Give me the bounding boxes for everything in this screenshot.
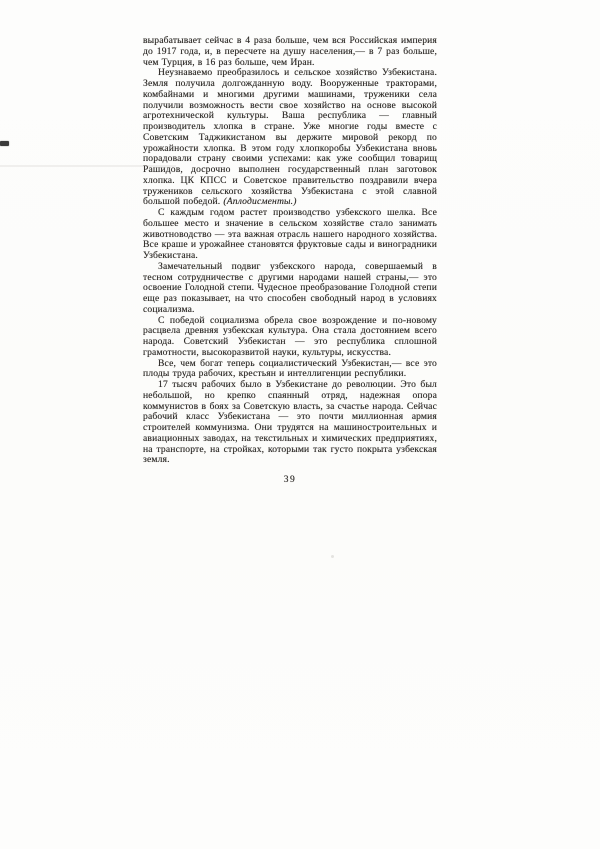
paragraph-text: Неузнаваемо преобразилось и сельское хоз… xyxy=(143,67,437,207)
scan-speck xyxy=(331,555,334,558)
page-text-block: вырабатывает сейчас в 4 раза больше, чем… xyxy=(143,36,437,486)
paragraph-hungry-steppe: Замечательный подвиг узбекского народа, … xyxy=(143,262,437,316)
book-page-scan: вырабатывает сейчас в 4 раза больше, чем… xyxy=(0,0,600,849)
paragraph-culture: С победой социализма обрела свое возрожд… xyxy=(143,316,437,359)
paragraph-silk-livestock: С каждым годом растет производство узбек… xyxy=(143,208,437,262)
paragraph-workers: 17 тысяч рабочих было в Узбекистане до р… xyxy=(143,380,437,466)
paragraph-labor: Все, чем богат теперь социалистический У… xyxy=(143,359,437,381)
applause-note: (Аплодисменты.) xyxy=(223,196,296,207)
page-number: 39 xyxy=(143,475,437,486)
scan-ink-mark xyxy=(0,141,9,146)
paragraph-agriculture: Неузнаваемо преобразилось и сельское хоз… xyxy=(143,68,437,208)
paragraph-continuation: вырабатывает сейчас в 4 раза больше, чем… xyxy=(143,36,437,68)
